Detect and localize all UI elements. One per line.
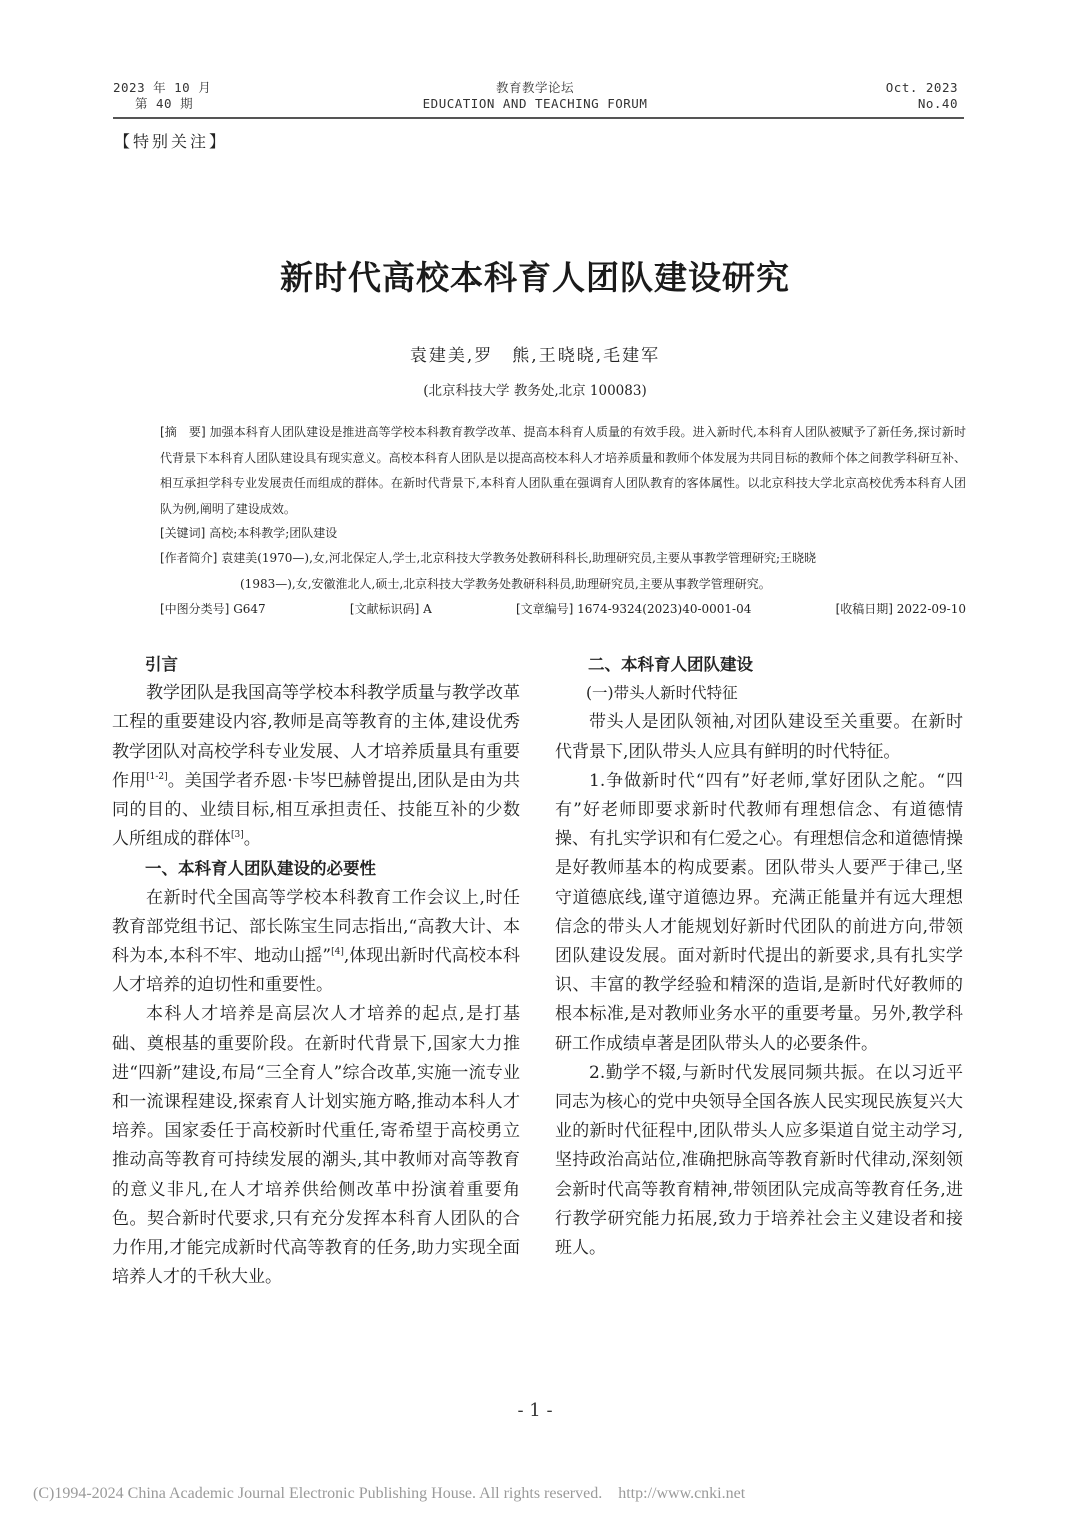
author-bio-label: [作者简介] [160,551,217,565]
header-number-en: No.40 [860,96,958,112]
keywords: [关键词] 高校;本科教学;团队建设 [160,521,966,547]
subsection-1-heading: (一)带头人新时代特征 [555,679,963,708]
article-no-value: 1674-9324(2023)40-0001-04 [577,602,751,616]
intro-paragraph: 教学团队是我国高等学校本科教学质量与教学改革工程的重要建设内容,教师是高等教育的… [112,679,520,854]
section-1-paragraph-1: 在新时代全国高等学校本科教育工作会议上,时任教育部党组书记、部长陈宝生同志指出,… [112,884,520,1001]
page-number: - 1 - [0,1400,1070,1421]
abstract-label: [摘 要] [160,425,206,439]
doc-code-label: [文献标识码] [350,602,419,616]
citation-ref: [3] [231,830,244,840]
section-1-paragraph-2: 本科人才培养是高层次人才培养的起点,是打基础、奠根基的重要阶段。在新时代背景下,… [112,1000,520,1292]
article-affiliation: (北京科技大学 教务处,北京 100083) [0,379,1070,399]
clc-value: G647 [233,602,266,616]
intro-text-b: 。美国学者乔恩·卡岑巴赫曾提出,团队是由为共同的目的、业绩目标,相互承担责任、技… [112,771,520,849]
subsection-1-paragraph-1: 带头人是团队领袖,对团队建设至关重要。在新时代背景下,团队带头人应具有鲜明的时代… [555,708,963,766]
copyright-notice: (C)1994-2024 China Academic Journal Elec… [33,1485,745,1503]
received-label: [收稿日期] [836,602,893,616]
body-column-left: 引言 教学团队是我国高等学校本科教学质量与教学改革工程的重要建设内容,教师是高等… [112,650,520,1292]
received-date-field: [收稿日期] 2022-09-10 [836,597,966,623]
intro-text-c: 。 [244,829,261,849]
citation-ref: [1-2] [146,772,168,782]
subsection-1-paragraph-2: 1.争做新时代“四有”好老师,掌好团队之舵。“四有”好老师即要求新时代教师有理想… [555,767,963,1059]
body-column-right: 二、本科育人团队建设 (一)带头人新时代特征 带头人是团队领袖,对团队建设至关重… [555,650,963,1263]
header-month-en: Oct. 2023 [860,80,958,96]
author-bio: [作者简介] 袁建美(1970—),女,河北保定人,学士,北京科技大学教务处教研… [160,546,966,597]
abstract: [摘 要] 加强本科育人团队建设是推进高等学校本科教育教学改革、提高本科育人质量… [160,420,966,522]
article-title: 新时代高校本科育人团队建设研究 [0,252,1070,299]
keywords-label: [关键词] [160,526,205,540]
subsection-1-paragraph-3: 2.勤学不辍,与新时代发展同频共振。在以习近平同志为核心的党中央领导全国各族人民… [555,1059,963,1263]
journal-name-en: EDUCATION AND TEACHING FORUM [380,96,690,112]
keywords-text: 高校;本科教学;团队建设 [209,526,337,540]
article-no-field: [文章编号] 1674-9324(2023)40-0001-04 [516,597,751,623]
header-issue-number: 第 40 期 [113,96,211,112]
clc-field: [中图分类号] G647 [160,597,266,623]
author-bio-line2: (1983—),女,安徽淮北人,硕士,北京科技大学教务处教研科科员,助理研究员,… [160,572,966,598]
clc-label: [中图分类号] [160,602,229,616]
intro-heading: 引言 [112,650,520,679]
journal-name-cn: 教育教学论坛 [380,80,690,96]
section-tag: 【特别关注】 [114,129,228,152]
doc-code-value: A [423,602,432,616]
section-1-heading: 一、本科育人团队建设的必要性 [112,854,520,883]
doc-code-field: [文献标识码] A [350,597,432,623]
section-2-heading: 二、本科育人团队建设 [555,650,963,679]
header-issue-en: Oct. 2023 No.40 [860,80,958,112]
header-journal-name: 教育教学论坛 EDUCATION AND TEACHING FORUM [380,80,690,112]
abstract-text: 加强本科育人团队建设是推进高等学校本科教育教学改革、提高本科育人质量的有效手段。… [160,425,966,516]
author-bio-line1: 袁建美(1970—),女,河北保定人,学士,北京科技大学教务处教研科科长,助理研… [221,551,816,565]
classification-line: [中图分类号] G647 [文献标识码] A [文章编号] 1674-9324(… [160,597,966,623]
header-issue-date: 2023 年 10 月 第 40 期 [113,80,211,112]
header-year-month: 2023 年 10 月 [113,80,211,96]
article-no-label: [文章编号] [516,602,573,616]
citation-ref: [4] [331,947,344,957]
article-authors: 袁建美,罗 熊,王晓晓,毛建军 [0,341,1070,366]
header-divider [113,117,964,119]
received-value: 2022-09-10 [897,602,966,616]
